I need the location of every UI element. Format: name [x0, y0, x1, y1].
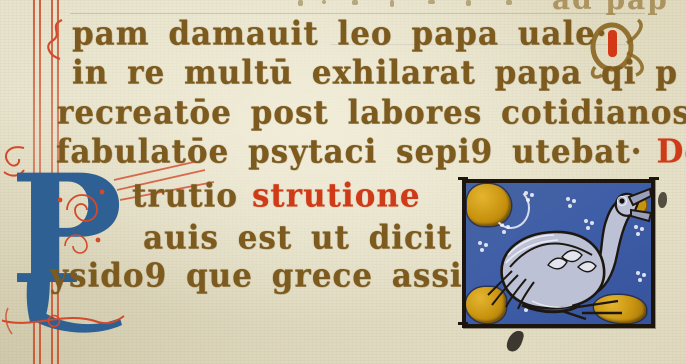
text-line-7: ysido9 que grece assida — [50, 257, 506, 294]
top-tick — [322, 0, 326, 4]
top-tick — [352, 0, 358, 5]
rubric-word-de: De — [656, 133, 686, 170]
top-tick — [298, 0, 303, 6]
top-tick — [428, 0, 435, 4]
text-line-2: in re multū exhilarat papa qi p — [72, 54, 678, 91]
text-line-1: pam damauit leo papa uale· — [72, 15, 608, 52]
ink-smudge — [658, 192, 667, 208]
text-line-5-brown: trutio — [132, 177, 238, 214]
margin-penwork-curl — [44, 18, 68, 62]
rubric-word-strutione: strutione — [252, 177, 421, 214]
frame-serif — [649, 177, 659, 180]
text-line-6: auis est ut dicit — [143, 219, 452, 256]
text-line-3: recreatōe post labores cotidianos ad — [57, 94, 686, 131]
ink-squiggle — [505, 328, 525, 353]
manuscript-page: ad pap pam damauit leo papa uale· in re … — [0, 0, 686, 364]
top-fragment-text: ad pap — [552, 0, 669, 16]
top-tick — [506, 0, 512, 5]
ostrich-miniature — [462, 179, 655, 328]
ostrich-bird-icon — [466, 183, 651, 324]
top-tick — [390, 0, 394, 7]
text-line-5: trutio strutione — [132, 177, 421, 214]
frame-serif — [458, 177, 468, 180]
top-tick — [466, 0, 471, 6]
frame-serif — [458, 322, 468, 325]
